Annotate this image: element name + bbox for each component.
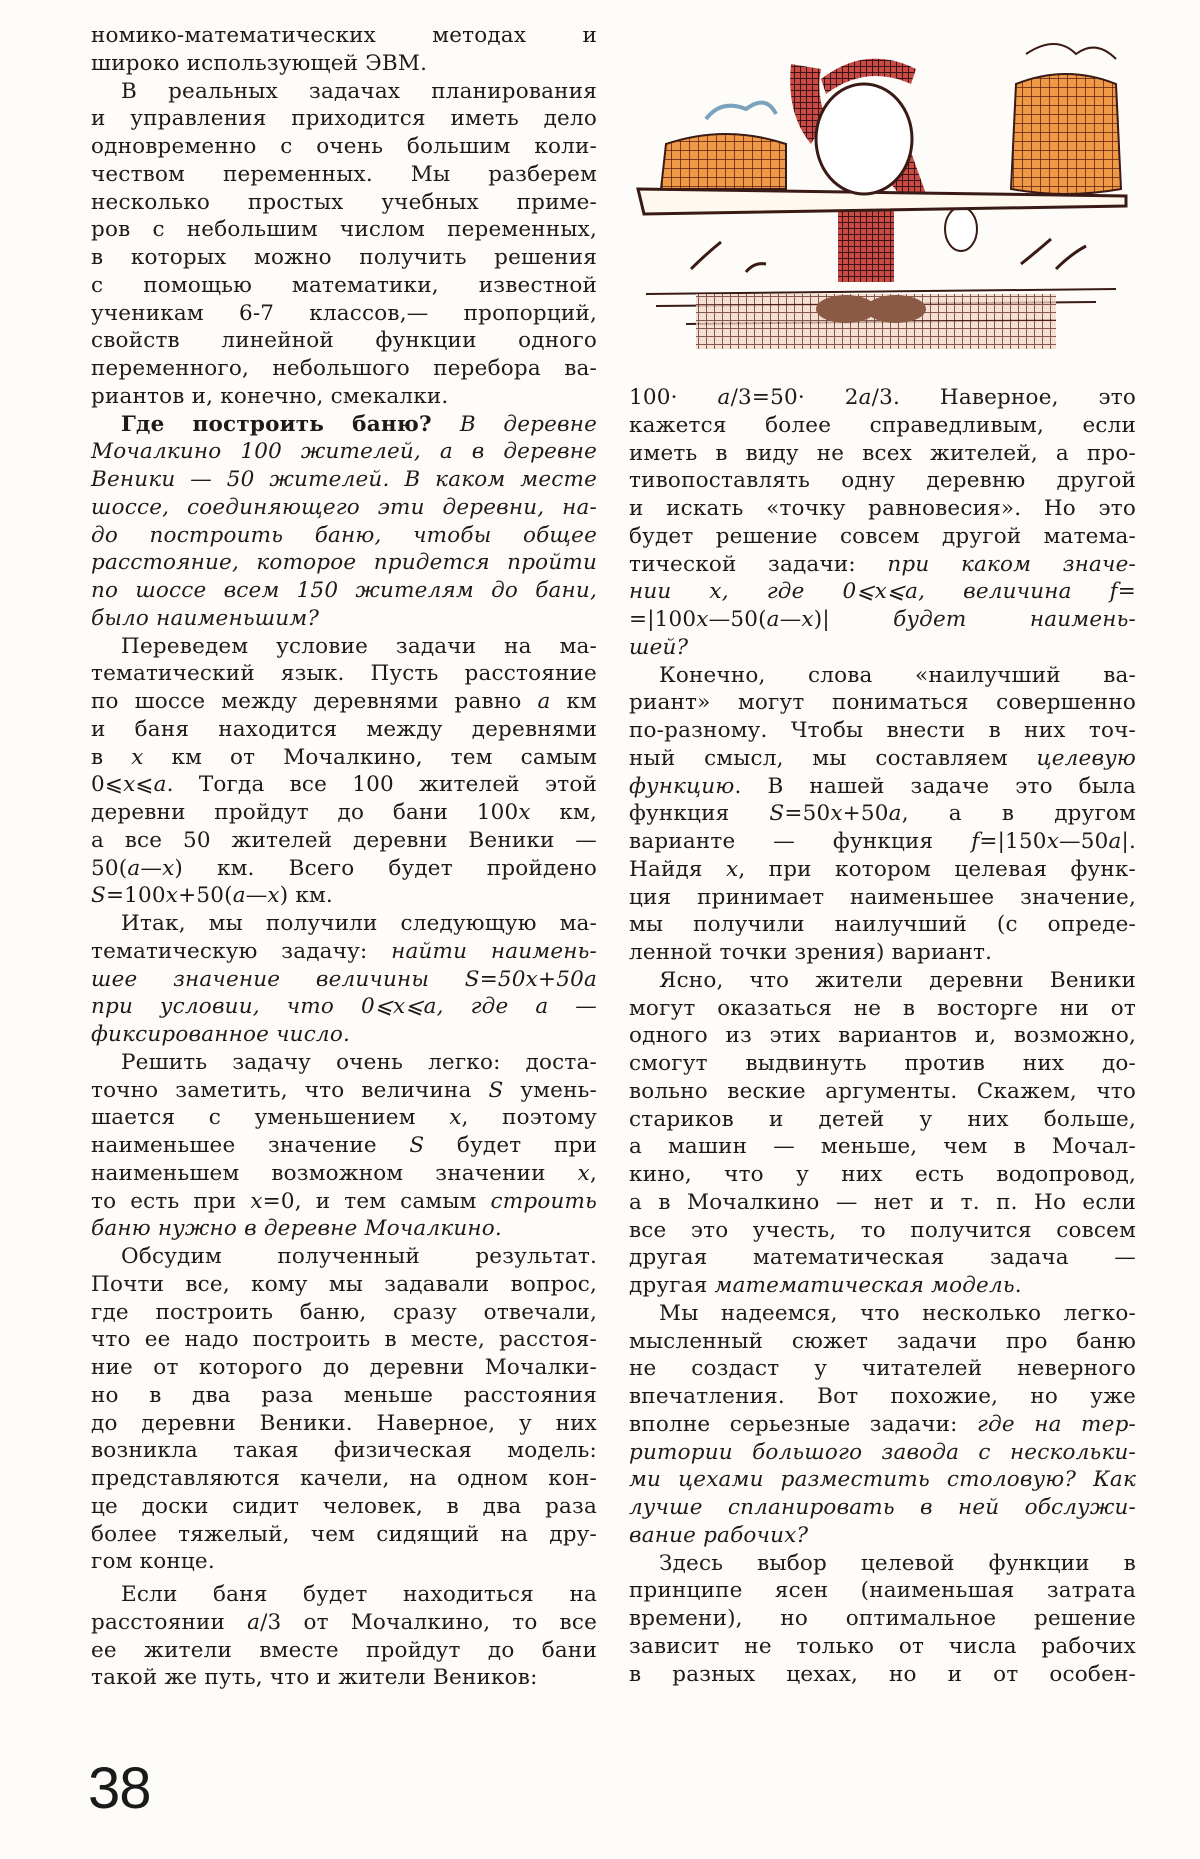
text-line: кино, что у них есть водопровод, xyxy=(629,1161,1136,1189)
text-run: =|100 xyxy=(629,607,696,632)
text-run: S xyxy=(769,801,784,826)
text-line: Мы надеемся, что несколько легко- xyxy=(629,1300,1136,1328)
text-run: Переведем условие задачи на ма- xyxy=(121,634,597,659)
text-line: ние от которого до деревни Мочалки- xyxy=(91,1354,597,1382)
text-run: тической задачи: xyxy=(629,552,887,577)
text-run: при условии, что 0⩽x⩽a, где a — xyxy=(91,994,597,1019)
right-text-column: 100· a/3=50· 2a/3. Наверное, этокажется … xyxy=(629,384,1136,1688)
text-run: найти наимень- xyxy=(391,939,597,964)
text-run: по шоссе всем 150 жителям до бани, xyxy=(91,578,597,603)
text-run: Мочалкино 100 жителей, а в деревне xyxy=(91,439,597,464)
text-run: баню нужно в деревне Мочалкино. xyxy=(91,1216,502,1241)
text-run: и баня находится между деревнями xyxy=(91,717,597,742)
text-run: ров с небольшим числом переменных, xyxy=(91,217,597,242)
text-run: мы получили наилучший (с опреде- xyxy=(629,912,1136,937)
text-run: /3=50· 2 xyxy=(731,385,859,410)
cartoon-illustration xyxy=(626,24,1136,364)
text-line: расстоянии a/3 от Мочалкино, то все xyxy=(91,1609,597,1637)
text-run: целевую xyxy=(1037,746,1136,771)
text-line: Обсудим полученный результат. xyxy=(91,1243,597,1271)
text-run: фиксированное число. xyxy=(91,1022,350,1047)
text-run: км xyxy=(550,689,597,714)
text-line: что ее надо построить в месте, расстоя- xyxy=(91,1326,597,1354)
text-run: где построить баню, сразу отвечали, xyxy=(91,1300,597,1325)
text-line: Веники — 50 жителей. В каком месте xyxy=(91,466,597,494)
text-run: по-разному. Чтобы внести в них точ- xyxy=(629,718,1136,743)
text-run: тематический язык. Пусть расстояние xyxy=(91,661,597,686)
text-run: =|150 xyxy=(979,829,1046,854)
text-run: x xyxy=(250,1189,262,1214)
text-run: 100· xyxy=(629,385,718,410)
text-run: , а в другом xyxy=(902,801,1136,826)
text-run: в xyxy=(91,745,131,770)
text-run: риантов и, конечно, смекалки. xyxy=(91,384,448,409)
text-run: лучше спланировать в ней обслужи- xyxy=(629,1495,1136,1520)
text-line: было наименьшим? xyxy=(91,605,597,633)
text-line: тематическую задачу: найти наимень- xyxy=(91,938,597,966)
text-line: могут оказаться не в восторге ни от xyxy=(629,995,1136,1023)
text-run: Ясно, что жители деревни Веники xyxy=(659,968,1136,993)
text-run: км от Мочалкино, тем самым xyxy=(144,745,597,770)
text-run: ⩽ xyxy=(135,772,153,797)
text-run: шоссе, соединяющего эти деревни, на- xyxy=(91,495,597,520)
text-line: ленной точки зрения) вариант. xyxy=(629,939,1136,967)
text-line: времени), но оптимальное решение xyxy=(629,1605,1136,1633)
text-line: но в два раза меньше расстояния xyxy=(91,1382,597,1410)
text-run: ) км. Всего будет пройдено xyxy=(174,856,597,881)
text-run: /3. Наверное, это xyxy=(872,385,1136,410)
text-line: баню нужно в деревне Мочалкино. xyxy=(91,1215,597,1243)
text-run: шается с уменьшением xyxy=(91,1105,449,1130)
text-line: номико-математических методах и xyxy=(91,22,597,50)
text-line: Найдя x, при котором целевая функ- xyxy=(629,856,1136,884)
text-run: номико-математических методах и xyxy=(91,23,597,48)
text-run: , поэтому xyxy=(462,1105,597,1130)
text-run: и управления приходится иметь дело xyxy=(91,106,597,131)
text-run: в разных цехах, но и от особен- xyxy=(629,1662,1136,1687)
text-run: x xyxy=(162,856,174,881)
text-line: в x км от Мочалкино, тем самым xyxy=(91,744,597,772)
text-run: a xyxy=(537,689,550,714)
text-run: с помощью математики, известной xyxy=(91,273,597,298)
text-line: вание рабочих? xyxy=(629,1522,1136,1550)
text-line: иметь в виду не всех жителей, а про- xyxy=(629,440,1136,468)
text-run: ее жители вместе пройдут до бани xyxy=(91,1638,597,1663)
text-line: тематический язык. Пусть расстояние xyxy=(91,660,597,688)
text-run: ленной точки зрения) вариант. xyxy=(629,940,992,965)
text-run: что ее надо построить в месте, расстоя- xyxy=(91,1327,597,1352)
text-run: наименьшее значение xyxy=(91,1133,409,1158)
text-line: риантов и, конечно, смекалки. xyxy=(91,383,597,411)
text-run: x xyxy=(131,745,143,770)
text-run: времени), но оптимальное решение xyxy=(629,1606,1136,1631)
text-line: риант» могут пониматься совершенно xyxy=(629,689,1136,717)
text-run: ) км. xyxy=(280,883,333,908)
text-run: ритории большого завода с нескольки- xyxy=(629,1440,1136,1465)
text-run: x xyxy=(518,800,530,825)
text-run: где на тер- xyxy=(977,1412,1136,1437)
text-run: Решить задачу очень легко: доста- xyxy=(121,1050,597,1075)
text-run: гом конце. xyxy=(91,1549,215,1574)
text-line: такой же путь, что и жители Веников: xyxy=(91,1664,597,1692)
text-run: =100 xyxy=(106,883,166,908)
text-run: ный смысл, мы составляем xyxy=(629,746,1037,771)
text-run: а в Мочалкино — нет и т. п. Но если xyxy=(629,1190,1136,1215)
text-run: вольно веские аргументы. Скажем, что xyxy=(629,1079,1136,1104)
text-line: чеством переменных. Мы разберем xyxy=(91,161,597,189)
text-run: S xyxy=(488,1078,503,1103)
text-run: будет при xyxy=(424,1133,597,1158)
text-run: такой же путь, что и жители Веников: xyxy=(91,1665,538,1690)
text-run: ученикам 6-7 классов,— пропорций, xyxy=(91,301,597,326)
text-line: переменного, небольшого перебора ва- xyxy=(91,355,597,383)
text-run: x xyxy=(726,857,738,882)
text-run: тематическую задачу: xyxy=(91,939,391,964)
text-line: 50(a—x) км. Всего будет пройдено xyxy=(91,855,597,883)
text-run: +50( xyxy=(178,883,233,908)
text-run: одного из этих вариантов и, возможно, xyxy=(629,1023,1136,1048)
text-line: функцию. В нашей задаче это была xyxy=(629,773,1136,801)
text-line: расстояние, которое придется пройти xyxy=(91,549,597,577)
text-line: 100· a/3=50· 2a/3. Наверное, это xyxy=(629,384,1136,412)
text-line: до деревни Веники. Наверное, у них xyxy=(91,1410,597,1438)
balancing-bathhouses-icon xyxy=(626,24,1136,364)
text-run: другая xyxy=(629,1273,715,1298)
text-run: будет наимень- xyxy=(893,607,1136,632)
text-run: a xyxy=(127,856,140,881)
text-line: впечатления. Вот похожие, но уже xyxy=(629,1383,1136,1411)
text-run: широко использующей ЭВМ. xyxy=(91,51,427,76)
section-heading: Где построить баню? xyxy=(121,412,460,437)
text-run: a xyxy=(233,883,246,908)
text-run: умень- xyxy=(503,1078,597,1103)
text-run: a xyxy=(154,772,167,797)
text-line: вольно веские аргументы. Скажем, что xyxy=(629,1078,1136,1106)
text-run: будет решение совсем другой матема- xyxy=(629,524,1136,549)
text-line: принципе ясен (наименьшая затрата xyxy=(629,1577,1136,1605)
text-line: тивопоставлять одну деревню другой xyxy=(629,467,1136,495)
text-line: лучше спланировать в ней обслужи- xyxy=(629,1494,1136,1522)
text-run: x xyxy=(166,883,178,908)
text-run: x xyxy=(267,883,279,908)
text-line: зависит не только от числа рабочих xyxy=(629,1633,1136,1661)
text-run: зависит не только от числа рабочих xyxy=(629,1634,1136,1659)
text-run: Почти все, кому мы задавали вопрос, xyxy=(91,1272,597,1297)
text-run: x xyxy=(830,801,842,826)
text-line: а машин — меньше, чем в Мочал- xyxy=(629,1133,1136,1161)
text-run: +50 xyxy=(843,801,889,826)
text-run: принципе ясен (наименьшая затрата xyxy=(629,1578,1136,1603)
text-line: наименьшее значение S будет при xyxy=(91,1132,597,1160)
text-line: шей? xyxy=(629,634,1136,662)
text-run: x xyxy=(578,1161,590,1186)
text-line: ров с небольшим числом переменных, xyxy=(91,216,597,244)
text-line: кажется более справедливым, если xyxy=(629,412,1136,440)
text-run: /3 от Мочалкино, то все xyxy=(260,1610,597,1635)
text-run: =0, и тем самым xyxy=(263,1189,491,1214)
text-run: , при котором целевая функ- xyxy=(738,857,1136,882)
text-run: —50( xyxy=(709,607,767,632)
text-line: Конечно, слова «наилучший ва- xyxy=(629,662,1136,690)
text-run: то есть при xyxy=(91,1189,250,1214)
text-line: по шоссе всем 150 жителям до бани, xyxy=(91,577,597,605)
text-line: =|100x—50(a—x)| будет наимень- xyxy=(629,606,1136,634)
page-number: 38 xyxy=(88,1755,151,1822)
text-line: наименьшем возможном значении x, xyxy=(91,1160,597,1188)
text-run: нии x, где 0⩽x⩽a, величина f= xyxy=(629,579,1136,604)
text-run: x xyxy=(801,607,813,632)
text-run: могут оказаться не в восторге ни от xyxy=(629,996,1136,1021)
text-line: все это учесть, то получится совсем xyxy=(629,1217,1136,1245)
text-line: другая математическая модель. xyxy=(629,1272,1136,1300)
text-line: не создаст у читателей неверного xyxy=(629,1355,1136,1383)
text-run: —50 xyxy=(1059,829,1108,854)
text-run: несколько простых учебных приме- xyxy=(91,190,597,215)
text-run: точно заметить, что величина xyxy=(91,1078,488,1103)
text-run: все это учесть, то получится совсем xyxy=(629,1218,1136,1243)
text-run: Итак, мы получили следующую ма- xyxy=(121,911,597,936)
text-run: тивопоставлять одну деревню другой xyxy=(629,468,1136,493)
text-run: расстоянии xyxy=(91,1610,247,1635)
text-run: x xyxy=(123,772,135,797)
text-run: свойств линейной функции одного xyxy=(91,328,597,353)
text-line: до построить баню, чтобы общее xyxy=(91,522,597,550)
text-line: по-разному. Чтобы внести в них точ- xyxy=(629,717,1136,745)
text-run: а машин — меньше, чем в Мочал- xyxy=(629,1134,1136,1159)
text-run: 50( xyxy=(91,856,127,881)
text-run: мысленный сюжет задачи про баню xyxy=(629,1329,1136,1354)
text-run: варианте — функция xyxy=(629,829,971,854)
text-run: )| xyxy=(814,607,893,632)
text-line: широко использующей ЭВМ. xyxy=(91,50,597,78)
text-run: . В нашей задаче это была xyxy=(734,774,1136,799)
text-run: Веники — 50 жителей. В каком месте xyxy=(91,467,597,492)
text-run: представляются качели, на одном кон- xyxy=(91,1466,597,1491)
text-line: с помощью математики, известной xyxy=(91,272,597,300)
text-line: несколько простых учебных приме- xyxy=(91,189,597,217)
text-run: вполне серьезные задачи: xyxy=(629,1412,977,1437)
text-run: . Тогда все 100 жителей этой xyxy=(167,772,597,797)
text-run: шей? xyxy=(629,635,688,660)
text-line: Почти все, кому мы задавали вопрос, xyxy=(91,1271,597,1299)
text-run: и искать «точку равновесия». Но это xyxy=(629,496,1136,521)
text-run: переменного, небольшого перебора ва- xyxy=(91,356,597,381)
text-run: было наименьшим? xyxy=(91,606,319,631)
text-line: Где построить баню? В деревне xyxy=(91,411,597,439)
text-run: до деревни Веники. Наверное, у них xyxy=(91,1411,597,1436)
text-line: а в Мочалкино — нет и т. п. Но если xyxy=(629,1189,1136,1217)
text-line: ученикам 6-7 классов,— пропорций, xyxy=(91,300,597,328)
text-run: одновременно с очень большим коли- xyxy=(91,134,597,159)
text-run: В деревне xyxy=(460,412,597,437)
text-run: впечатления. Вот похожие, но уже xyxy=(629,1384,1136,1409)
text-run: В реальных задачах планирования xyxy=(121,79,597,104)
text-run: по шоссе между деревнями равно xyxy=(91,689,537,714)
text-run: a xyxy=(859,385,872,410)
text-line: при условии, что 0⩽x⩽a, где a — xyxy=(91,993,597,1021)
text-run: a xyxy=(247,1610,260,1635)
text-line: шоссе, соединяющего эти деревни, на- xyxy=(91,494,597,522)
text-line: тической задачи: при каком значе- xyxy=(629,551,1136,579)
text-run: деревни пройдут до бани 100 xyxy=(91,800,518,825)
text-run: — xyxy=(140,856,162,881)
text-run: чеством переменных. Мы разберем xyxy=(91,162,597,187)
text-line: Мочалкино 100 жителей, а в деревне xyxy=(91,438,597,466)
text-run: км, xyxy=(531,800,597,825)
text-line: 0⩽x⩽a. Тогда все 100 жителей этой xyxy=(91,771,597,799)
text-run: более тяжелый, чем сидящий на дру- xyxy=(91,1522,597,1547)
text-line: по шоссе между деревнями равно a км xyxy=(91,688,597,716)
text-run: возникла такая физическая модель: xyxy=(91,1438,597,1463)
text-run: x xyxy=(1047,829,1059,854)
text-run: S xyxy=(91,883,106,908)
text-line: Ясно, что жители деревни Веники xyxy=(629,967,1136,995)
text-run: Здесь выбор целевой функции в xyxy=(659,1551,1136,1576)
text-run: не создаст у читателей неверного xyxy=(629,1356,1136,1381)
text-line: шается с уменьшением x, поэтому xyxy=(91,1104,597,1132)
text-line: Здесь выбор целевой функции в xyxy=(629,1550,1136,1578)
text-run: a xyxy=(718,385,731,410)
text-line: шее значение величины S=50x+50a xyxy=(91,966,597,994)
text-run: це доски сидит человек, в два раза xyxy=(91,1494,597,1519)
text-run: риант» могут пониматься совершенно xyxy=(629,690,1136,715)
text-run: а все 50 жителей деревни Веники — xyxy=(91,828,597,853)
text-line: ритории большого завода с нескольки- xyxy=(629,1439,1136,1467)
text-run: смогут выдвинуть против них до- xyxy=(629,1051,1136,1076)
text-line: и баня находится между деревнями xyxy=(91,716,597,744)
text-line: нии x, где 0⩽x⩽a, величина f= xyxy=(629,578,1136,606)
text-run: Найдя xyxy=(629,857,726,882)
text-line: смогут выдвинуть против них до- xyxy=(629,1050,1136,1078)
text-line: одновременно с очень большим коли- xyxy=(91,133,597,161)
text-run: в которых можно получить решения xyxy=(91,245,597,270)
text-run: математическая модель xyxy=(715,1273,1015,1298)
text-run: Если баня будет находиться на xyxy=(121,1582,597,1607)
text-run: до построить баню, чтобы общее xyxy=(91,523,597,548)
text-run: a xyxy=(889,801,902,826)
text-run: кажется более справедливым, если xyxy=(629,413,1136,438)
text-line: ее жители вместе пройдут до бани xyxy=(91,1637,597,1665)
text-run: a xyxy=(767,607,780,632)
text-run: строить xyxy=(491,1189,597,1214)
text-line: Решить задачу очень легко: доста- xyxy=(91,1049,597,1077)
text-line: ция принимает наименьшее значение, xyxy=(629,884,1136,912)
text-run: ние от которого до деревни Мочалки- xyxy=(91,1355,597,1380)
text-run: ми цехами разместить столовую? Как xyxy=(629,1467,1136,1492)
text-line: В реальных задачах планирования xyxy=(91,78,597,106)
text-line: вполне серьезные задачи: где на тер- xyxy=(629,1411,1136,1439)
text-line: и управления приходится иметь дело xyxy=(91,105,597,133)
text-run: S xyxy=(409,1133,424,1158)
text-line: мысленный сюжет задачи про баню xyxy=(629,1328,1136,1356)
text-run: 0⩽ xyxy=(91,772,123,797)
text-run: |. xyxy=(1122,829,1136,854)
text-run: иметь в виду не всех жителей, а про- xyxy=(629,441,1136,466)
text-line: в которых можно получить решения xyxy=(91,244,597,272)
text-run: вание рабочих? xyxy=(629,1523,808,1548)
text-run: ция принимает наименьшее значение, xyxy=(629,885,1136,910)
text-run: Мы надеемся, что несколько легко- xyxy=(659,1301,1136,1326)
text-line: гом конце. xyxy=(91,1548,597,1576)
text-run: — xyxy=(780,607,802,632)
text-run: . xyxy=(1015,1273,1022,1298)
text-line: а все 50 жителей деревни Веники — xyxy=(91,827,597,855)
left-text-column: номико-математических методах ишироко ис… xyxy=(91,22,597,1692)
text-line: Итак, мы получили следующую ма- xyxy=(91,910,597,938)
text-line: деревни пройдут до бани 100x км, xyxy=(91,799,597,827)
text-run: функцию xyxy=(629,774,734,799)
text-run: другая математическая задача — xyxy=(629,1245,1136,1270)
text-line: функция S=50x+50a, а в другом xyxy=(629,800,1136,828)
text-run: , xyxy=(590,1161,597,1186)
text-line: представляются качели, на одном кон- xyxy=(91,1465,597,1493)
text-line: одного из этих вариантов и, возможно, xyxy=(629,1022,1136,1050)
text-run: a xyxy=(1108,829,1121,854)
text-line: варианте — функция f=|150x—50a|. xyxy=(629,828,1136,856)
text-line: це доски сидит человек, в два раза xyxy=(91,1493,597,1521)
text-line: другая математическая задача — xyxy=(629,1244,1136,1272)
text-run: x xyxy=(696,607,708,632)
text-run: Обсудим полученный результат. xyxy=(121,1244,597,1269)
text-run: но в два раза меньше расстояния xyxy=(91,1383,597,1408)
text-run: x xyxy=(449,1105,461,1130)
text-line: и искать «точку равновесия». Но это xyxy=(629,495,1136,523)
text-line: то есть при x=0, и тем самым строить xyxy=(91,1188,597,1216)
text-line: точно заметить, что величина S умень- xyxy=(91,1077,597,1105)
text-run: шее значение величины S=50x+50a xyxy=(91,967,597,992)
text-run: при каком значе- xyxy=(887,552,1136,577)
text-run: =50 xyxy=(784,801,830,826)
text-line: стариков и детей у них больше, xyxy=(629,1106,1136,1134)
text-run: расстояние, которое придется пройти xyxy=(91,550,597,575)
text-line: будет решение совсем другой матема- xyxy=(629,523,1136,551)
text-line: возникла такая физическая модель: xyxy=(91,1437,597,1465)
text-run: наименьшем возможном значении xyxy=(91,1161,578,1186)
text-run: Конечно, слова «наилучший ва- xyxy=(659,663,1136,688)
text-line: ми цехами разместить столовую? Как xyxy=(629,1466,1136,1494)
text-line: фиксированное число. xyxy=(91,1021,597,1049)
text-line: S=100x+50(a—x) км. xyxy=(91,882,597,910)
text-line: мы получили наилучший (с опреде- xyxy=(629,911,1136,939)
text-line: в разных цехах, но и от особен- xyxy=(629,1661,1136,1689)
text-line: ный смысл, мы составляем целевую xyxy=(629,745,1136,773)
text-run: стариков и детей у них больше, xyxy=(629,1107,1136,1132)
text-line: более тяжелый, чем сидящий на дру- xyxy=(91,1521,597,1549)
text-run: функция xyxy=(629,801,769,826)
text-line: Если баня будет находиться на xyxy=(91,1581,597,1609)
text-line: где построить баню, сразу отвечали, xyxy=(91,1299,597,1327)
text-line: свойств линейной функции одного xyxy=(91,327,597,355)
text-run: — xyxy=(246,883,268,908)
text-line: Переведем условие задачи на ма- xyxy=(91,633,597,661)
text-run: кино, что у них есть водопровод, xyxy=(629,1162,1136,1187)
